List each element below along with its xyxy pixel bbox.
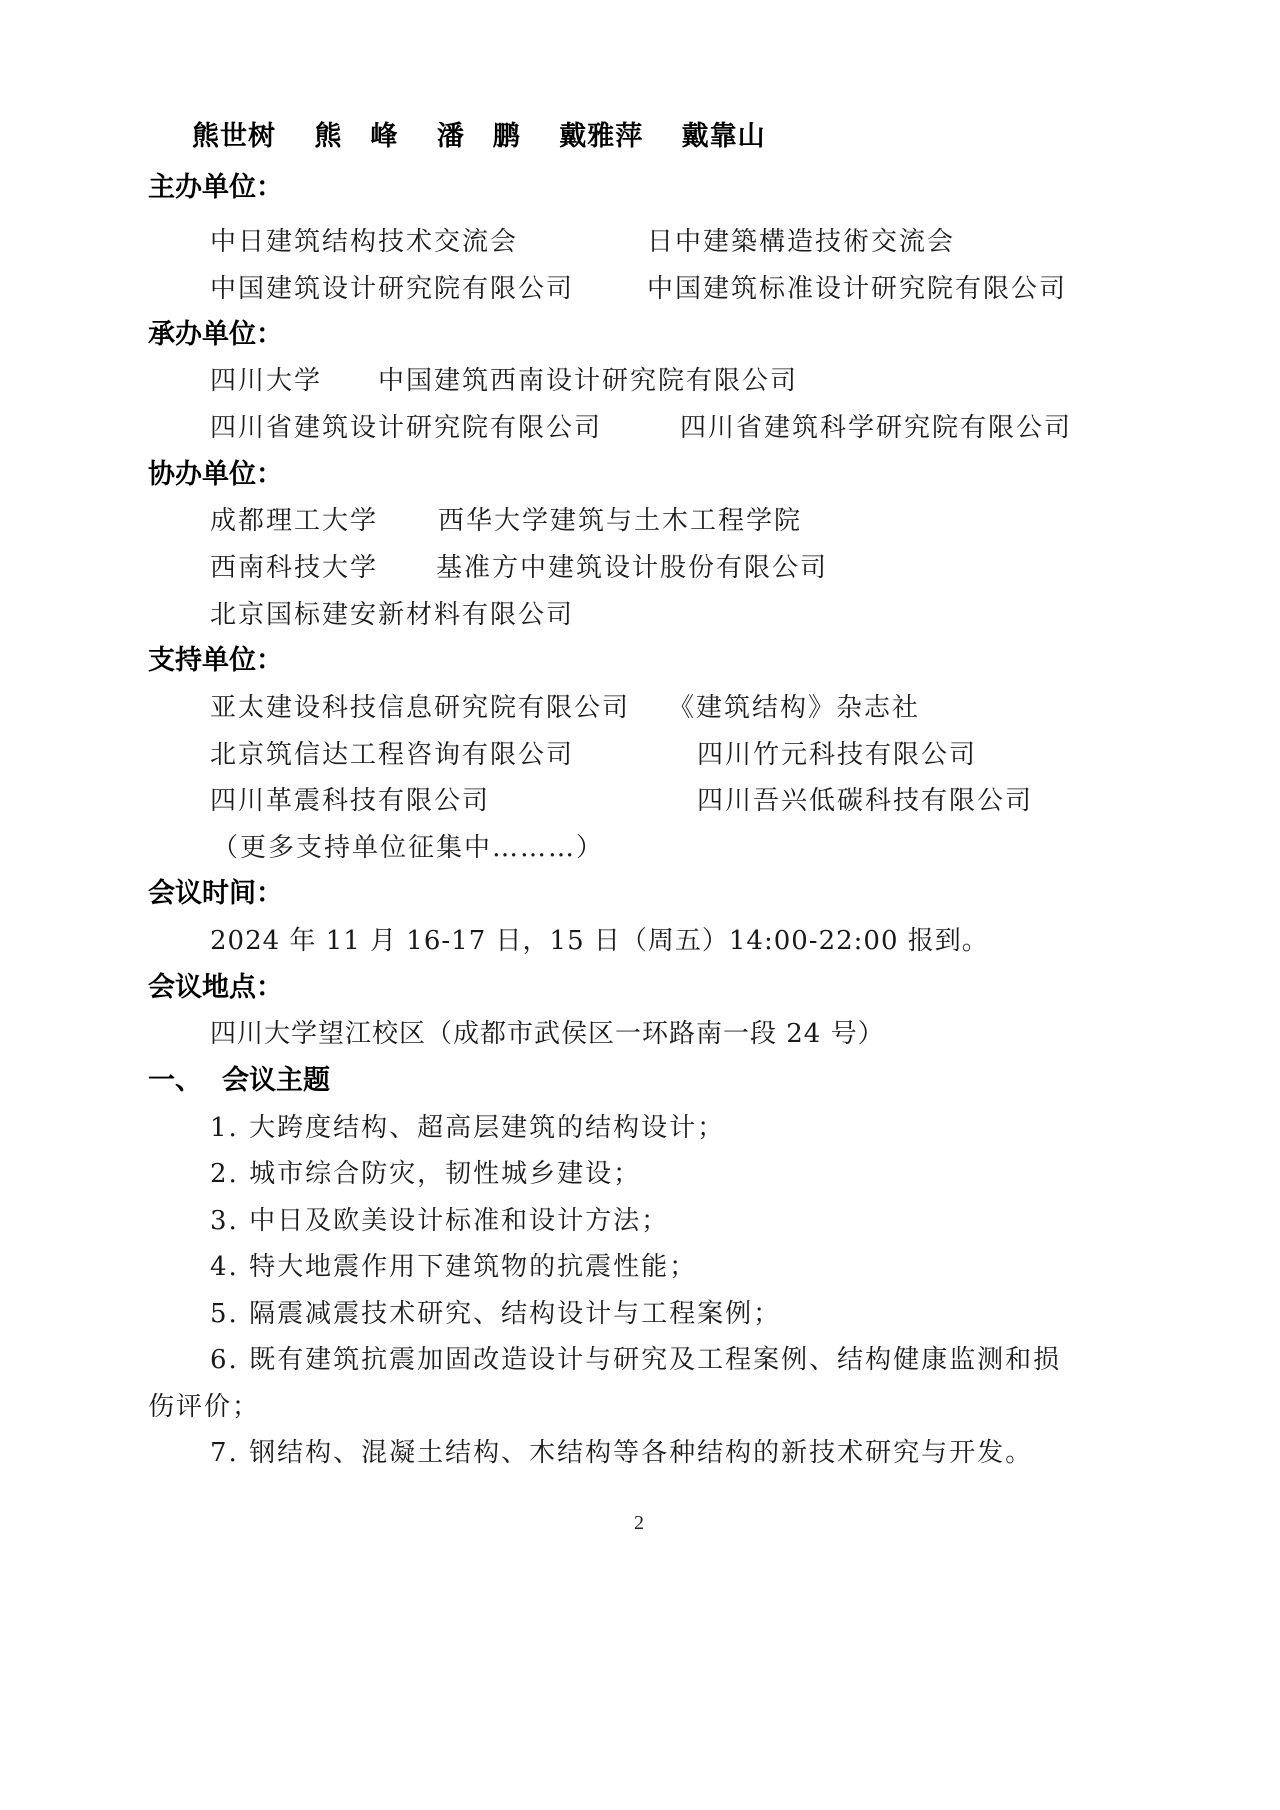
page-number: 2 bbox=[634, 1512, 644, 1535]
host-item: 四川省建筑科学研究院有限公司 bbox=[680, 408, 1072, 448]
section-title: 会议主题 bbox=[222, 1061, 330, 1101]
organizers-heading: 主办单位： bbox=[148, 168, 283, 208]
committee-names: 熊世树 熊 峰 潘 鹏 戴雅萍 戴靠山 bbox=[192, 117, 794, 157]
person-name: 戴靠山 bbox=[682, 121, 766, 152]
person-name: 戴雅萍 bbox=[559, 121, 643, 152]
topic-item: 3. 中日及欧美设计标准和设计方法； bbox=[210, 1201, 669, 1241]
person-name: 潘 鹏 bbox=[437, 121, 521, 152]
host-item: 四川省建筑设计研究院有限公司 bbox=[210, 408, 602, 448]
person-name: 熊 峰 bbox=[314, 121, 398, 152]
person-name: 熊世树 bbox=[192, 121, 276, 152]
section-number: 一、 bbox=[148, 1061, 202, 1101]
organizer-item: 中国建筑标准设计研究院有限公司 bbox=[647, 269, 1067, 309]
co-organizer-item: 西南科技大学 bbox=[210, 548, 378, 588]
co-organizer-item: 西华大学建筑与土木工程学院 bbox=[438, 501, 802, 541]
organizer-item: 中国建筑设计研究院有限公司 bbox=[210, 269, 574, 309]
supporter-item: 四川竹元科技有限公司 bbox=[697, 735, 977, 775]
meeting-place-heading: 会议地点： bbox=[148, 968, 283, 1008]
organizer-item: 中日建筑结构技术交流会 bbox=[210, 222, 518, 262]
hosts-heading: 承办单位： bbox=[148, 315, 283, 355]
topic-item: 2. 城市综合防灾，韧性城乡建设； bbox=[210, 1154, 641, 1194]
supporter-item: 四川革震科技有限公司 bbox=[210, 781, 490, 821]
co-organizer-item: 北京国标建安新材料有限公司 bbox=[210, 595, 574, 635]
supporter-item: 四川吾兴低碳科技有限公司 bbox=[697, 781, 1033, 821]
topic-item: 5. 隔震减震技术研究、结构设计与工程案例； bbox=[210, 1294, 781, 1334]
supporter-item: 《建筑结构》杂志社 bbox=[668, 688, 920, 728]
meeting-time-heading: 会议时间： bbox=[148, 874, 283, 914]
host-item: 中国建筑西南设计研究院有限公司 bbox=[378, 361, 798, 401]
host-item: 四川大学 bbox=[210, 361, 322, 401]
supporters-note: （更多支持单位征集中………） bbox=[212, 828, 604, 868]
topic-item: 6. 既有建筑抗震加固改造设计与研究及工程案例、结构健康监测和损 bbox=[210, 1340, 1061, 1380]
co-organizer-item: 成都理工大学 bbox=[210, 501, 378, 541]
meeting-time-value: 2024 年 11 月 16-17 日，15 日（周五）14:00-22:00 … bbox=[210, 921, 989, 961]
topic-item: 1. 大跨度结构、超高层建筑的结构设计； bbox=[210, 1108, 725, 1148]
co-organizer-item: 基准方中建筑设计股份有限公司 bbox=[436, 548, 828, 588]
organizer-item: 日中建築構造技術交流会 bbox=[647, 222, 955, 262]
topic-item-continuation: 伤评价； bbox=[148, 1387, 260, 1427]
meeting-place-value: 四川大学望江校区（成都市武侯区一环路南一段 24 号） bbox=[210, 1014, 885, 1054]
supporters-heading: 支持单位： bbox=[148, 641, 283, 681]
co-organizers-heading: 协办单位： bbox=[148, 455, 283, 495]
supporter-item: 亚太建设科技信息研究院有限公司 bbox=[210, 688, 630, 728]
topic-item: 4. 特大地震作用下建筑物的抗震性能； bbox=[210, 1247, 697, 1287]
document-page: 熊世树 熊 峰 潘 鹏 戴雅萍 戴靠山 主办单位： 中日建筑结构技术交流会 日中… bbox=[0, 0, 1280, 1810]
supporter-item: 北京筑信达工程咨询有限公司 bbox=[210, 735, 574, 775]
topic-item: 7. 钢结构、混凝土结构、木结构等各种结构的新技术研究与开发。 bbox=[210, 1433, 1033, 1473]
